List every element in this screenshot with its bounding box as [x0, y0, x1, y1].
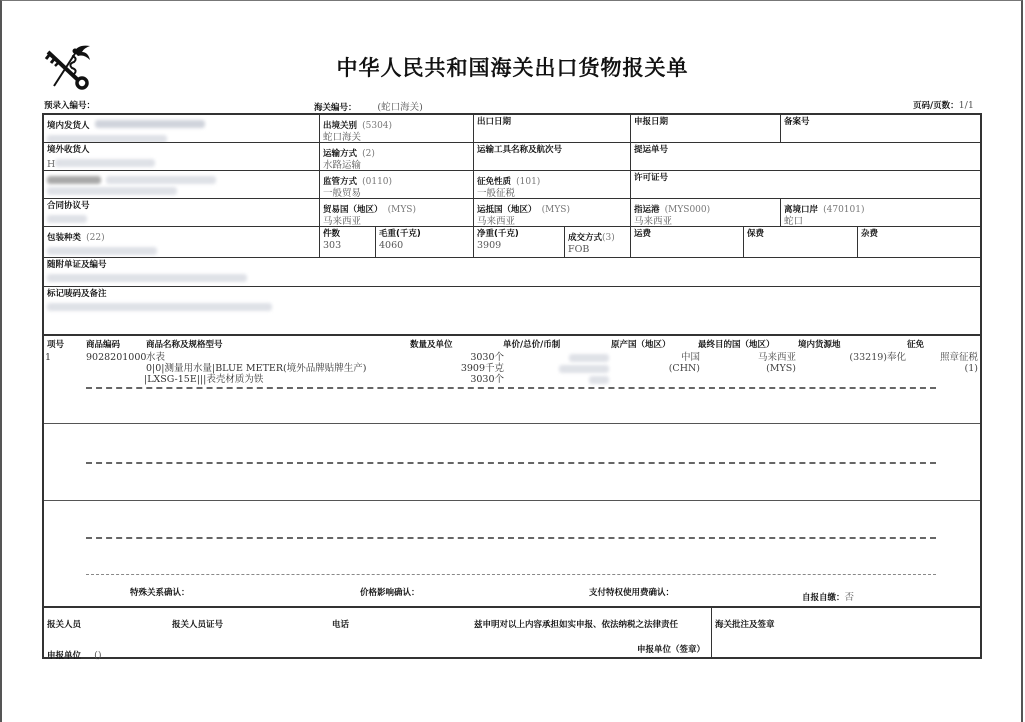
field-declaration-date: 申报日期: [631, 115, 781, 143]
customs-approval-label: 海关批注及签章: [715, 618, 775, 630]
customs-no: 海关编号： (蛇口海关): [314, 99, 423, 113]
price-impact-confirm: 价格影响确认：: [360, 586, 420, 598]
field-supervision-mode: 监管方式 (0110) 一般贸易: [320, 171, 474, 199]
field-trade-country: 贸易国（地区） (MYS) 马来西亚: [320, 199, 474, 227]
field-export-date: 出口日期: [474, 115, 631, 143]
field-marks-remarks: 标记唛码及备注: [44, 287, 980, 336]
field-producer-seller: [44, 171, 320, 199]
page-number: 页码/页数：1/1: [913, 99, 974, 111]
field-transaction-mode: 成交方式(3) FOB: [565, 227, 631, 258]
footer-vertical-divider: [711, 608, 712, 659]
phone-label: 电话: [332, 618, 349, 630]
field-vessel-voyage: 运输工具名称及航次号: [474, 143, 631, 171]
field-exit-customs: 出境关别 (5304) 蛇口海关: [320, 115, 474, 143]
field-overseas-consignee: 境外收货人 H: [44, 143, 320, 171]
table-row: 1 9028201000 水表 0|0|测量用水量|BLUE METER(境外品…: [44, 352, 980, 390]
declaring-unit: 申报单位 (): [47, 643, 102, 662]
field-packages: 件数 303: [320, 227, 376, 258]
row-separator: [86, 574, 936, 575]
field-net-weight: 净重(千克) 3909: [474, 227, 565, 258]
field-destination-country: 运抵国（地区） (MYS) 马来西亚: [474, 199, 631, 227]
field-destination-port: 指运港 (MYS000) 马来西亚: [631, 199, 781, 227]
field-domestic-consignor: 境内发货人: [44, 115, 320, 143]
field-departure-port: 离境口岸 (470101) 蛇口: [781, 199, 980, 227]
field-tax-nature: 征免性质 (101) 一般征税: [474, 171, 631, 199]
document-title: 中华人民共和国海关出口货物报关单: [0, 52, 1025, 82]
declaring-unit-seal: 申报单位（签章）: [637, 643, 705, 655]
field-attached-docs: 随附单证及编号: [44, 258, 980, 287]
special-relation-confirm: 特殊关系确认：: [130, 586, 190, 598]
statement-text: 兹申明对以上内容承担如实申报、依法纳税之法律责任: [474, 618, 678, 630]
row-separator: [86, 537, 936, 539]
field-insurance: 保费: [744, 227, 858, 258]
footer: 报关人员 报关人员证号 电话 兹申明对以上内容承担如实申报、依法纳税之法律责任 …: [44, 608, 980, 659]
field-license-no: 许可证号: [631, 171, 980, 199]
field-transport-mode: 运输方式 (2) 水路运输: [320, 143, 474, 171]
row-separator: [44, 423, 980, 424]
field-contract-no: 合同协议号: [44, 199, 320, 227]
declarant-cert-label: 报关人员证号: [172, 618, 223, 630]
field-bill-of-lading: 提运单号: [631, 143, 980, 171]
confirmation-row: 特殊关系确认： 价格影响确认： 支付特权使用费确认： 自报自缴：否: [44, 576, 980, 606]
declarant-label: 报关人员: [47, 618, 81, 630]
row-separator: [44, 500, 980, 501]
row-separator: [86, 462, 936, 464]
field-package-type: 包装种类 (22): [44, 227, 320, 258]
row-separator: [86, 387, 936, 389]
self-report: 自报自缴：否: [802, 585, 854, 604]
royalty-payment-confirm: 支付特权使用费确认：: [589, 586, 674, 598]
field-freight: 运费: [631, 227, 744, 258]
items-table-header: 项号 商品编码 商品名称及规格型号 数量及单位 单价/总价/币制 原产国（地区）…: [44, 336, 980, 350]
field-record-no: 备案号: [781, 115, 980, 143]
field-misc-fees: 杂费: [858, 227, 980, 258]
field-gross-weight: 毛重(千克) 4060: [376, 227, 474, 258]
pre-entry-no: 预录入编号：: [44, 99, 95, 111]
declaration-form: 境内发货人 出境关别 (5304) 蛇口海关 出口日期 申报日期 备案号 境外收…: [42, 113, 982, 659]
